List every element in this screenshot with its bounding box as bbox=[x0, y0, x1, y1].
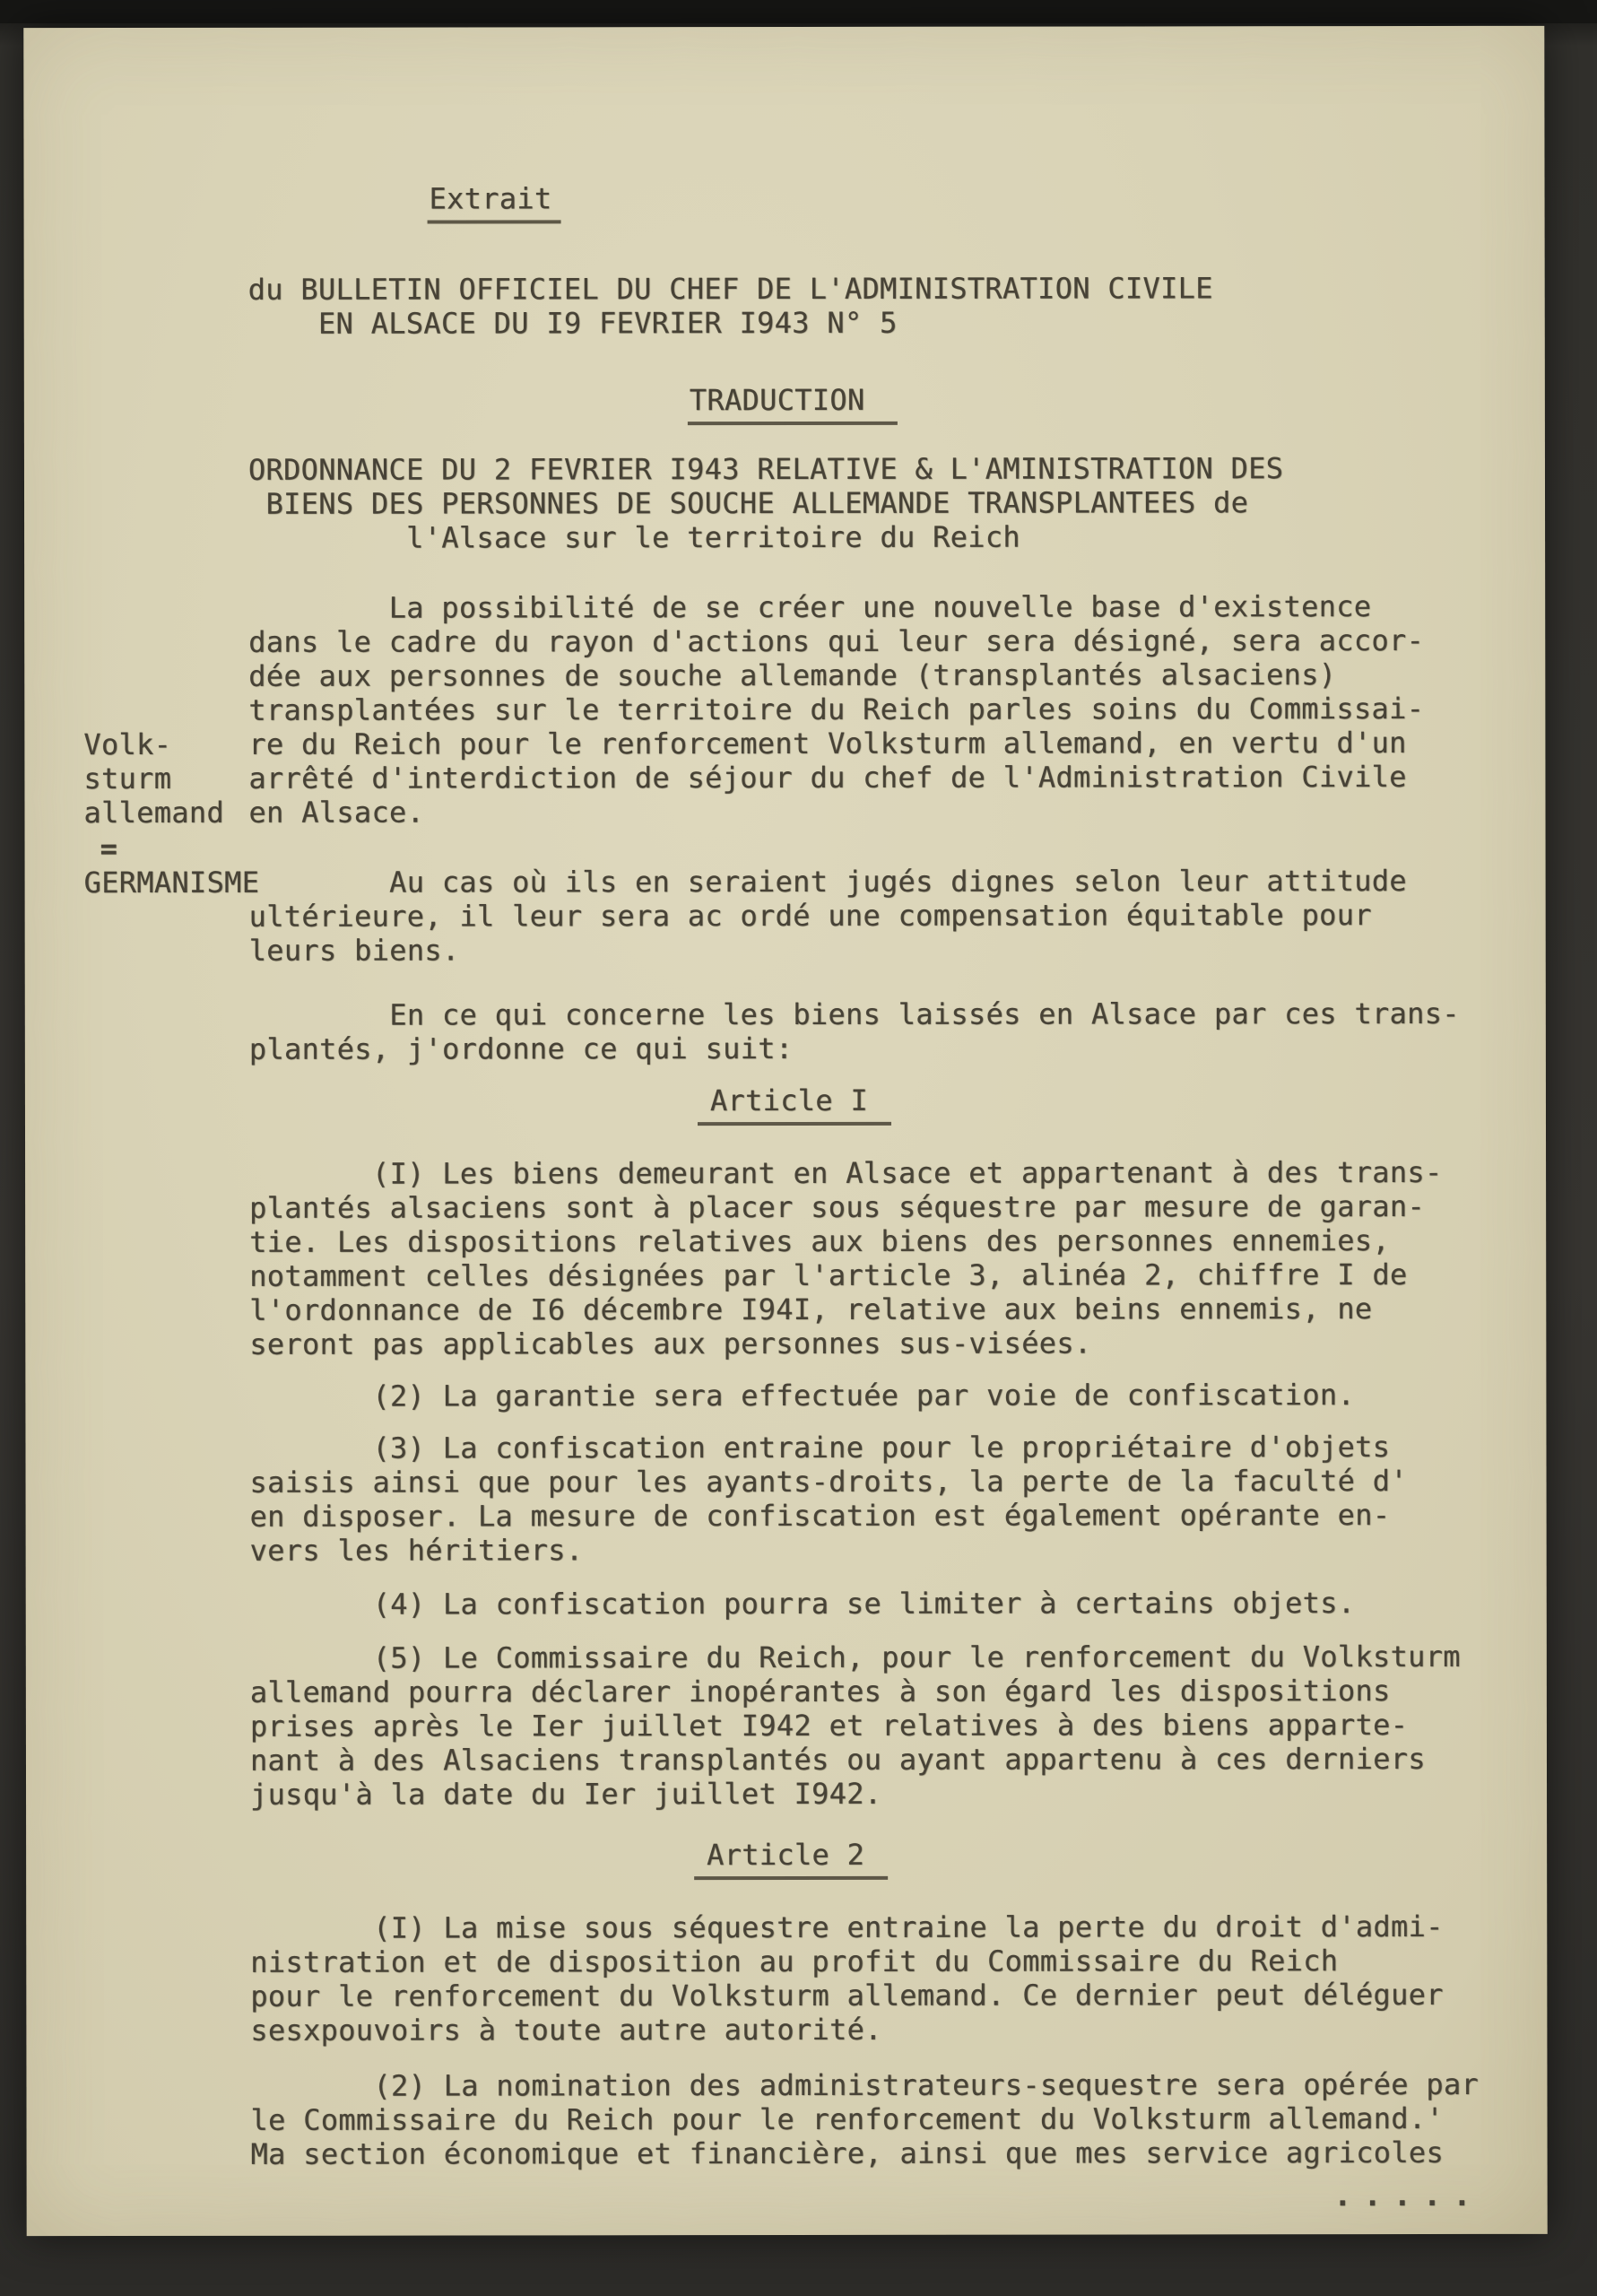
source-line-1-text: du BULLETIN OFFICIEL DU CHEF DE L'ADMINI… bbox=[248, 271, 1213, 307]
document-title: Extrait bbox=[428, 180, 1545, 224]
traduction-heading-text: TRADUCTION bbox=[688, 383, 898, 425]
article-1-heading-text: Article I bbox=[698, 1083, 891, 1126]
article-2-para-1: (I) La mise sous séquestre entraine la p… bbox=[250, 1909, 1547, 2048]
ordonnance-heading: ORDONNANCE DU 2 FEVRIER I943 RELATIVE & … bbox=[248, 451, 1545, 555]
paragraph-intro-wrapper: La possibilité de se créer une nouvelle … bbox=[248, 589, 1545, 830]
article-1-para-5: (5) Le Commissaire du Reich, pour le ren… bbox=[250, 1639, 1547, 1812]
margin-note-volksturm: Volk- sturm allemand bbox=[83, 727, 224, 830]
article-2-heading-text: Article 2 bbox=[694, 1838, 888, 1880]
scan-background-edge bbox=[0, 0, 1597, 23]
article-1-para-1: (I) Les biens demeurant en Alsace et app… bbox=[249, 1155, 1546, 1361]
margin-note-equals: = bbox=[100, 831, 118, 865]
document-content: Extrait du BULLETIN OFFICIEL DU CHEF DE … bbox=[23, 26, 1547, 2214]
article-2-para-2: (2) La nomination des administrateurs-se… bbox=[250, 2067, 1547, 2171]
source-line-1: du BULLETIN OFFICIEL DU CHEF DE L'ADMINI… bbox=[248, 271, 1545, 341]
paragraph-compensation-wrapper: Au cas où ils en seraient jugés dignes s… bbox=[249, 864, 1546, 968]
document-title-text: Extrait bbox=[428, 181, 561, 223]
traduction-heading: TRADUCTION bbox=[688, 382, 1545, 425]
paragraph-compensation: Au cas où ils en seraient jugés dignes s… bbox=[249, 864, 1546, 968]
article-1-para-4: (4) La confiscation pourra se limiter à … bbox=[250, 1586, 1547, 1622]
paragraph-intro: La possibilité de se créer une nouvelle … bbox=[248, 589, 1545, 830]
source-line-2-text: EN ALSACE DU I9 FEVRIER I943 N° 5 bbox=[248, 306, 898, 341]
continuation-dots: ..... bbox=[1334, 2179, 1548, 2213]
article-2-heading: Article 2 bbox=[694, 1837, 1547, 1880]
margin-note-germanisme: GERMANISME bbox=[84, 865, 260, 900]
article-1-heading: Article I bbox=[698, 1083, 1546, 1126]
paragraph-concerne: En ce qui concerne les biens laissés en … bbox=[249, 996, 1546, 1066]
article-1-para-3: (3) La confiscation entraine pour le pro… bbox=[249, 1430, 1546, 1568]
document-paper: Extrait du BULLETIN OFFICIEL DU CHEF DE … bbox=[23, 26, 1547, 2236]
article-1-para-2: (2) La garantie sera effectuée par voie … bbox=[249, 1378, 1546, 1413]
